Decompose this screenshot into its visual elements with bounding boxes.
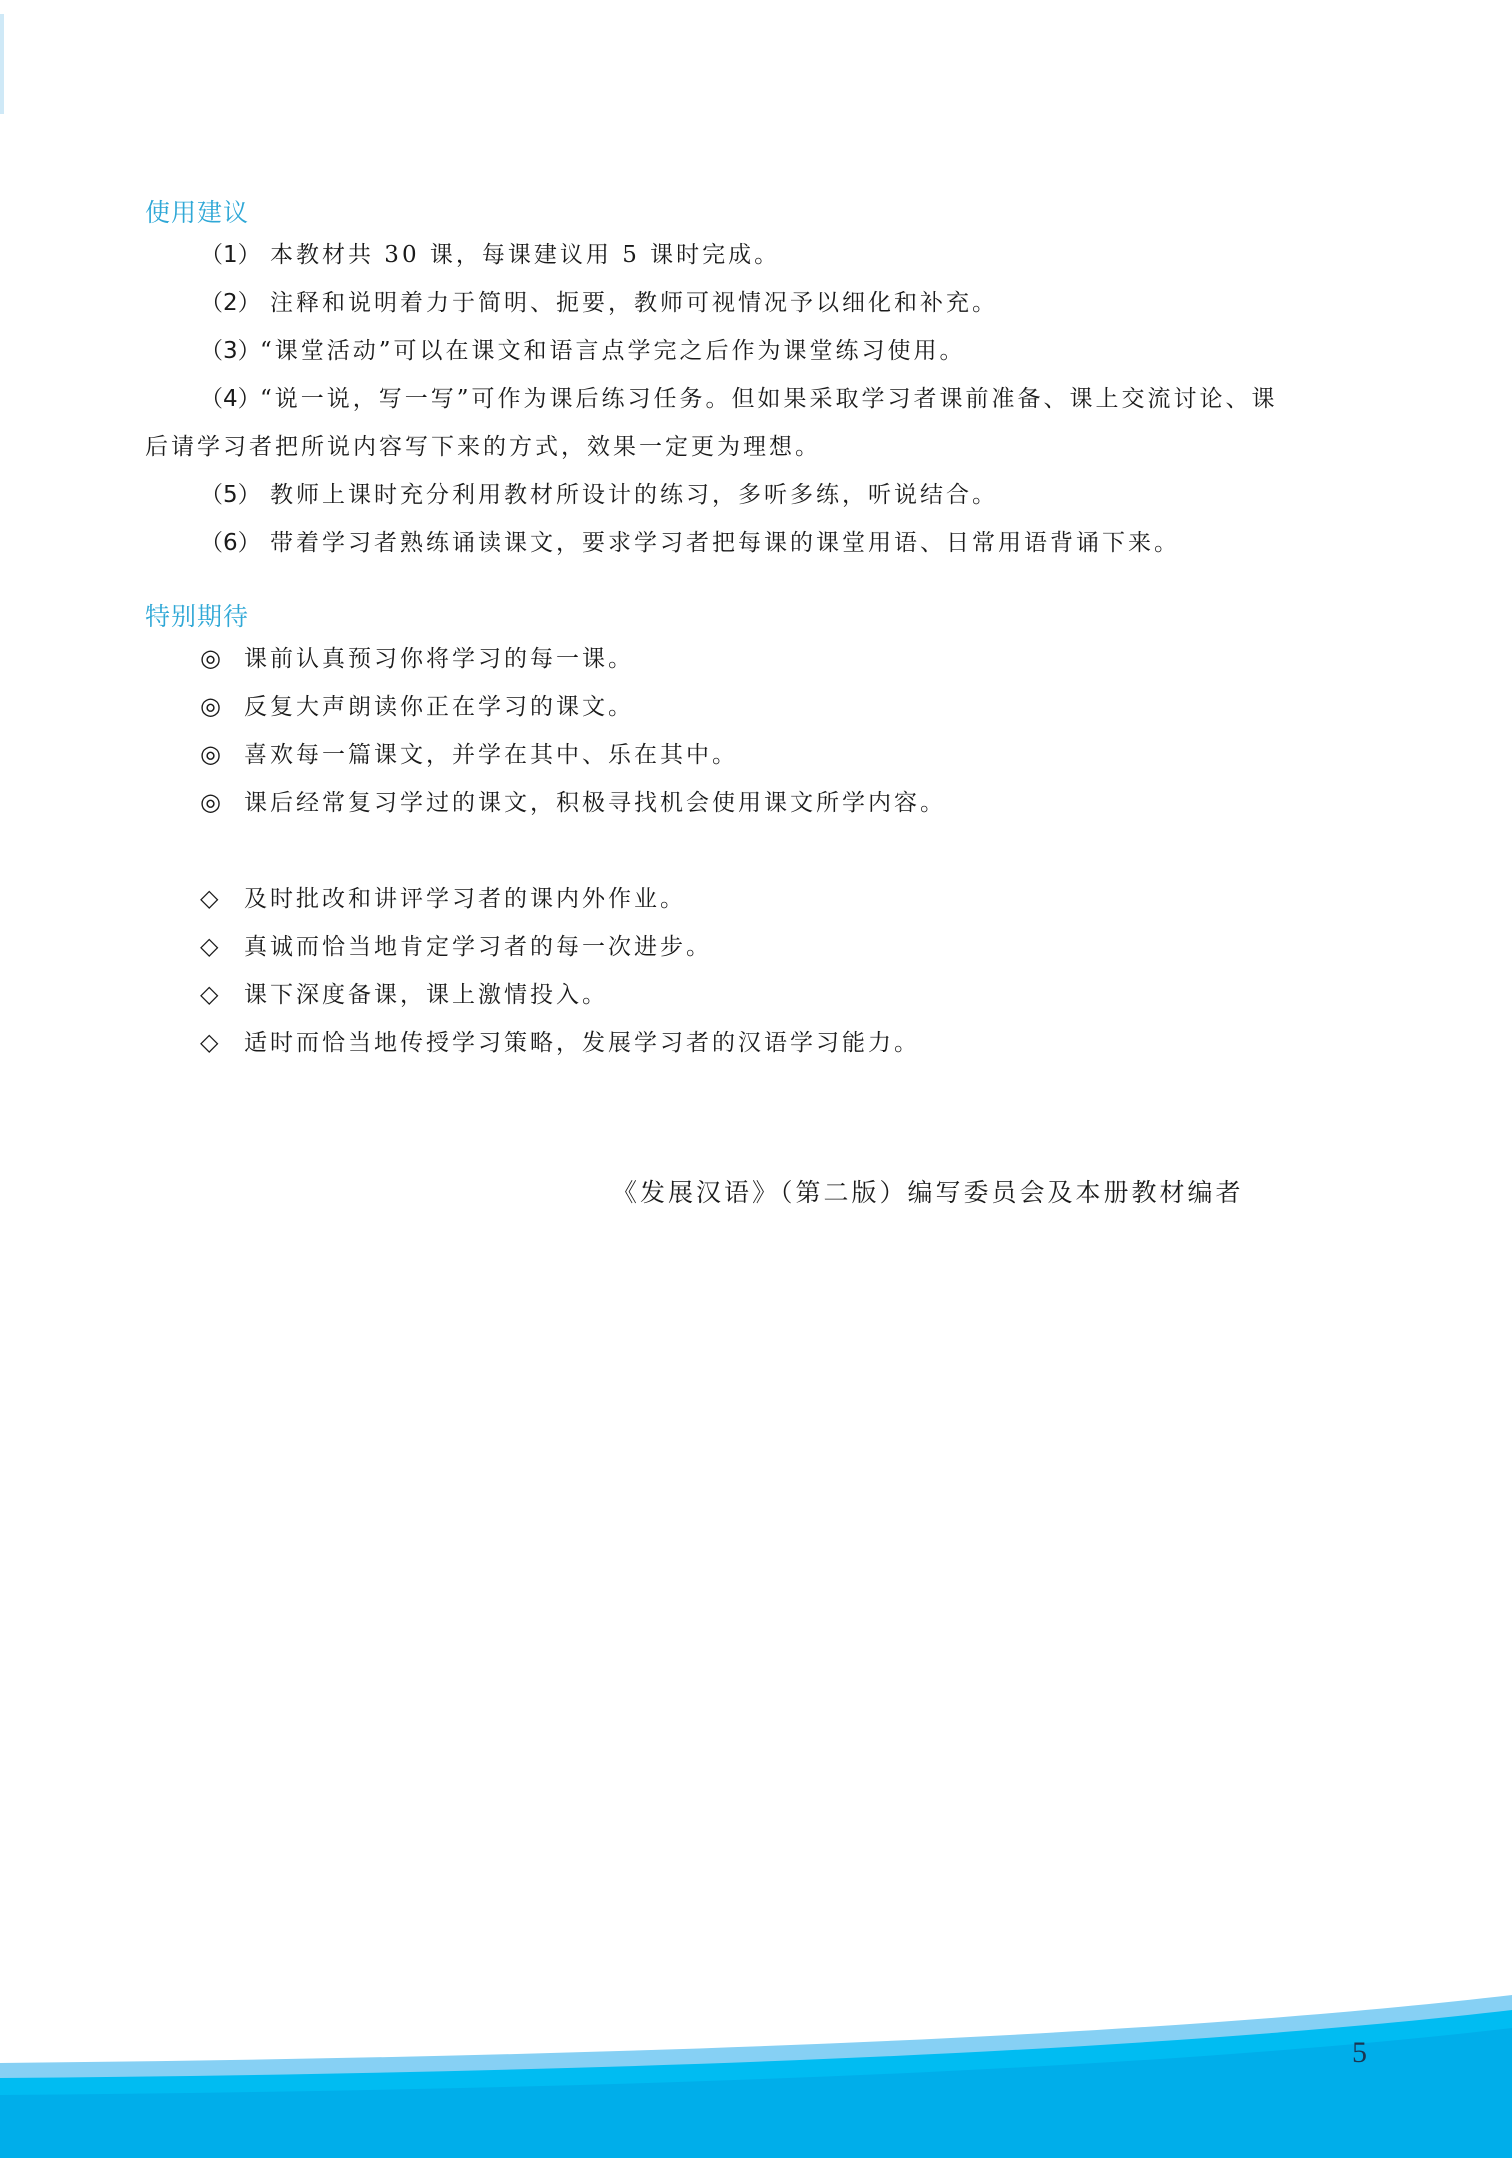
teacher-expectation: ◇课下深度备课，课上激情投入。 [200, 979, 608, 1010]
learner-expectation: ◎课后经常复习学过的课文，积极寻找机会使用课文所学内容。 [200, 787, 946, 818]
item-text: 注释和说明着力于简明、扼要，教师可视情况予以细化和补充。 [270, 290, 998, 316]
expectations-heading: 特别期待 [145, 597, 249, 633]
diamond-outline-icon: ◇ [200, 979, 244, 1009]
double-circle-icon: ◎ [200, 739, 244, 769]
item-text: 带着学习者熟练诵读课文，要求学习者把每课的课堂用语、日常用语背诵下来。 [270, 530, 1180, 556]
learner-expectation: ◎反复大声朗读你正在学习的课文。 [200, 691, 634, 722]
item-text: 本教材共 30 课，每课建议用 5 课时完成。 [270, 242, 780, 268]
expectation-text: 课后经常复习学过的课文，积极寻找机会使用课文所学内容。 [244, 790, 946, 816]
page-number: 5 [1352, 2036, 1367, 2070]
item-number: （4） [200, 384, 260, 414]
learner-expectation: ◎喜欢每一篇课文，并学在其中、乐在其中。 [200, 739, 738, 770]
item-number: （6） [200, 528, 270, 558]
item-number: （2） [200, 288, 270, 318]
expectation-text: 反复大声朗读你正在学习的课文。 [244, 694, 634, 720]
usage-item-4: （4）“说一说，写一写”可作为课后练习任务。但如果采取学习者课前准备、课上交流讨… [200, 384, 1278, 414]
expectation-text: 喜欢每一篇课文，并学在其中、乐在其中。 [244, 742, 738, 768]
expectation-text: 课下深度备课，课上激情投入。 [244, 982, 608, 1008]
footer-wave-decoration [0, 1958, 1512, 2158]
expectation-text: 适时而恰当地传授学习策略，发展学习者的汉语学习能力。 [244, 1030, 920, 1056]
item-text: 教师上课时充分利用教材所设计的练习，多听多练，听说结合。 [270, 482, 998, 508]
item-number: （5） [200, 480, 270, 510]
item-number: （1） [200, 240, 270, 270]
item-text: “说一说，写一写”可作为课后练习任务。但如果采取学习者课前准备、课上交流讨论、课 [260, 386, 1278, 412]
expectation-text: 课前认真预习你将学习的每一课。 [244, 646, 634, 672]
usage-item-5: （5）教师上课时充分利用教材所设计的练习，多听多练，听说结合。 [200, 480, 998, 510]
teacher-expectation: ◇及时批改和讲评学习者的课内外作业。 [200, 883, 686, 914]
expectation-text: 真诚而恰当地肯定学习者的每一次进步。 [244, 934, 712, 960]
usage-item-4-continuation: 后请学习者把所说内容写下来的方式，效果一定更为理想。 [145, 432, 821, 462]
usage-item-6: （6）带着学习者熟练诵读课文，要求学习者把每课的课堂用语、日常用语背诵下来。 [200, 528, 1180, 558]
diamond-outline-icon: ◇ [200, 931, 244, 961]
item-number: （3） [200, 336, 260, 366]
double-circle-icon: ◎ [200, 643, 244, 673]
usage-item-3: （3）“课堂活动”可以在课文和语言点学完之后作为课堂练习使用。 [200, 336, 966, 366]
usage-item-1: （1）本教材共 30 课，每课建议用 5 课时完成。 [200, 240, 780, 270]
usage-heading: 使用建议 [145, 193, 249, 229]
learner-expectation: ◎课前认真预习你将学习的每一课。 [200, 643, 634, 674]
editor-signature: 《发展汉语》（第二版）编写委员会及本册教材编者 [612, 1173, 1244, 1209]
page-edge-tab [0, 14, 4, 114]
usage-item-2: （2）注释和说明着力于简明、扼要，教师可视情况予以细化和补充。 [200, 288, 998, 318]
teacher-expectation: ◇真诚而恰当地肯定学习者的每一次进步。 [200, 931, 712, 962]
item-text: “课堂活动”可以在课文和语言点学完之后作为课堂练习使用。 [260, 338, 966, 364]
diamond-outline-icon: ◇ [200, 883, 244, 913]
teacher-expectation: ◇适时而恰当地传授学习策略，发展学习者的汉语学习能力。 [200, 1027, 920, 1058]
expectation-text: 及时批改和讲评学习者的课内外作业。 [244, 886, 686, 912]
double-circle-icon: ◎ [200, 691, 244, 721]
diamond-outline-icon: ◇ [200, 1027, 244, 1057]
double-circle-icon: ◎ [200, 787, 244, 817]
